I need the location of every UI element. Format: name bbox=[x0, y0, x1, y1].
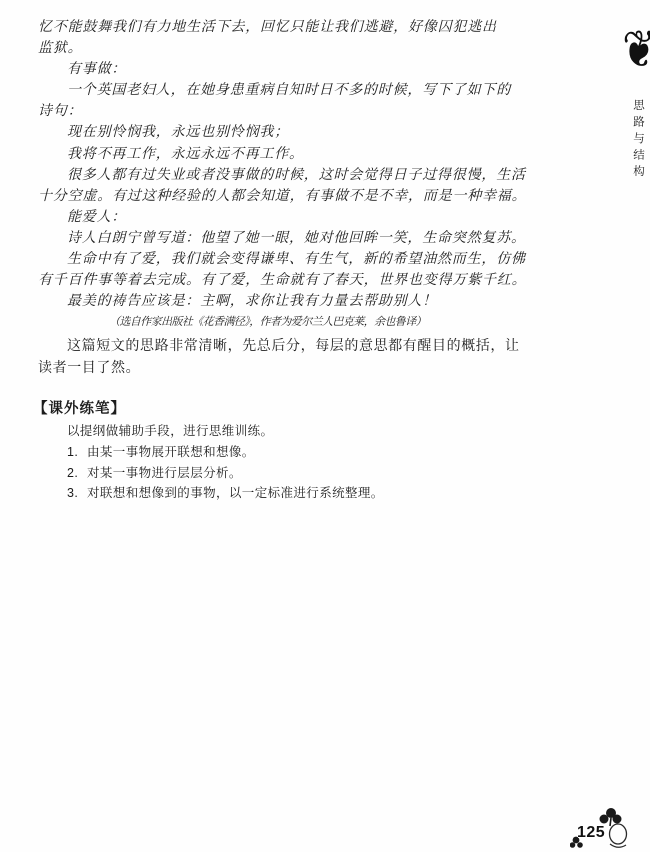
item-text: 对某一事物进行层层分析。 bbox=[87, 466, 242, 480]
floral-ornament-icon: ❦ bbox=[622, 8, 645, 96]
quote-line: 生命中有了爱，我们就会变得谦卑、有生气，新的希望油然而生，仿佛 bbox=[38, 249, 510, 270]
quote-line: 诗句： bbox=[38, 101, 510, 122]
chapter-label-vertical: 思路与结构 bbox=[630, 99, 646, 182]
item-number: 3. bbox=[67, 483, 81, 504]
quote-line: 忆不能鼓舞我们有力地生活下去，回忆只能让我们逃避，好像囚犯逃出 bbox=[38, 17, 510, 38]
item-text: 对联想和想像到的事物，以一定标准进行系统整理。 bbox=[87, 486, 384, 500]
quote-line: 有千百件事等着去完成。有了爱，生命就有了春天，世界也变得万紫千红。 bbox=[38, 270, 510, 291]
book-page: 忆不能鼓舞我们有力地生活下去，回忆只能让我们逃避，好像囚犯逃出 监狱。 有事做：… bbox=[0, 0, 650, 852]
quote-line: 很多人都有过失业或者没事做的时候，这时会觉得日子过得很慢，生活 bbox=[38, 165, 510, 186]
exercise-item: 3.对联想和想像到的事物，以一定标准进行系统整理。 bbox=[38, 483, 510, 504]
exercise-section: 以提纲做辅助手段，进行思维训练。 1.由某一事物展开联想和想像。 2.对某一事物… bbox=[38, 421, 510, 504]
commentary-line: 这篇短文的思路非常清晰，先总后分，每层的意思都有醒目的概括，让 bbox=[38, 336, 510, 358]
item-number: 1. bbox=[67, 442, 81, 463]
source-attribution: （选自作家出版社《花香满径》，作者为爱尔兰人巴克莱，余也鲁译） bbox=[38, 312, 510, 333]
quote-line: 最美的祷告应该是：主啊，求你让我有力量去帮助别人！ bbox=[38, 291, 510, 312]
quote-line: 一个英国老妇人，在她身患重病自知时日不多的时候，写下了如下的 bbox=[38, 80, 510, 101]
quote-line: 监狱。 bbox=[38, 38, 510, 59]
quote-line: 有事做： bbox=[38, 59, 510, 80]
commentary-paragraph: 这篇短文的思路非常清晰，先总后分，每层的意思都有醒目的概括，让 读者一目了然。 bbox=[38, 336, 510, 379]
page-number: 125 bbox=[577, 824, 605, 842]
quote-line: 现在别怜悯我，永远也别怜悯我； bbox=[38, 122, 510, 143]
item-text: 由某一事物展开联想和想像。 bbox=[87, 445, 255, 459]
exercise-section-heading: 【课外练笔】 bbox=[33, 397, 126, 418]
quote-line: 十分空虚。有过这种经验的人都会知道，有事做不是不幸，而是一种幸福。 bbox=[38, 186, 510, 207]
quote-line: 能爱人： bbox=[38, 207, 510, 228]
quote-line: 诗人白朗宁曾写道：他望了她一眼，她对他回眸一笑，生命突然复苏。 bbox=[38, 228, 510, 249]
page-number-badge: 125 bbox=[570, 806, 634, 850]
quote-line: 我将不再工作，永远永远不再工作。 bbox=[38, 144, 510, 165]
item-number: 2. bbox=[67, 463, 81, 484]
exercise-intro: 以提纲做辅助手段，进行思维训练。 bbox=[38, 421, 510, 442]
exercise-item: 1.由某一事物展开联想和想像。 bbox=[38, 442, 510, 463]
commentary-line: 读者一目了然。 bbox=[38, 358, 510, 380]
quoted-passage: 忆不能鼓舞我们有力地生活下去，回忆只能让我们逃避，好像囚犯逃出 监狱。 有事做：… bbox=[38, 17, 510, 333]
exercise-item: 2.对某一事物进行层层分析。 bbox=[38, 463, 510, 484]
